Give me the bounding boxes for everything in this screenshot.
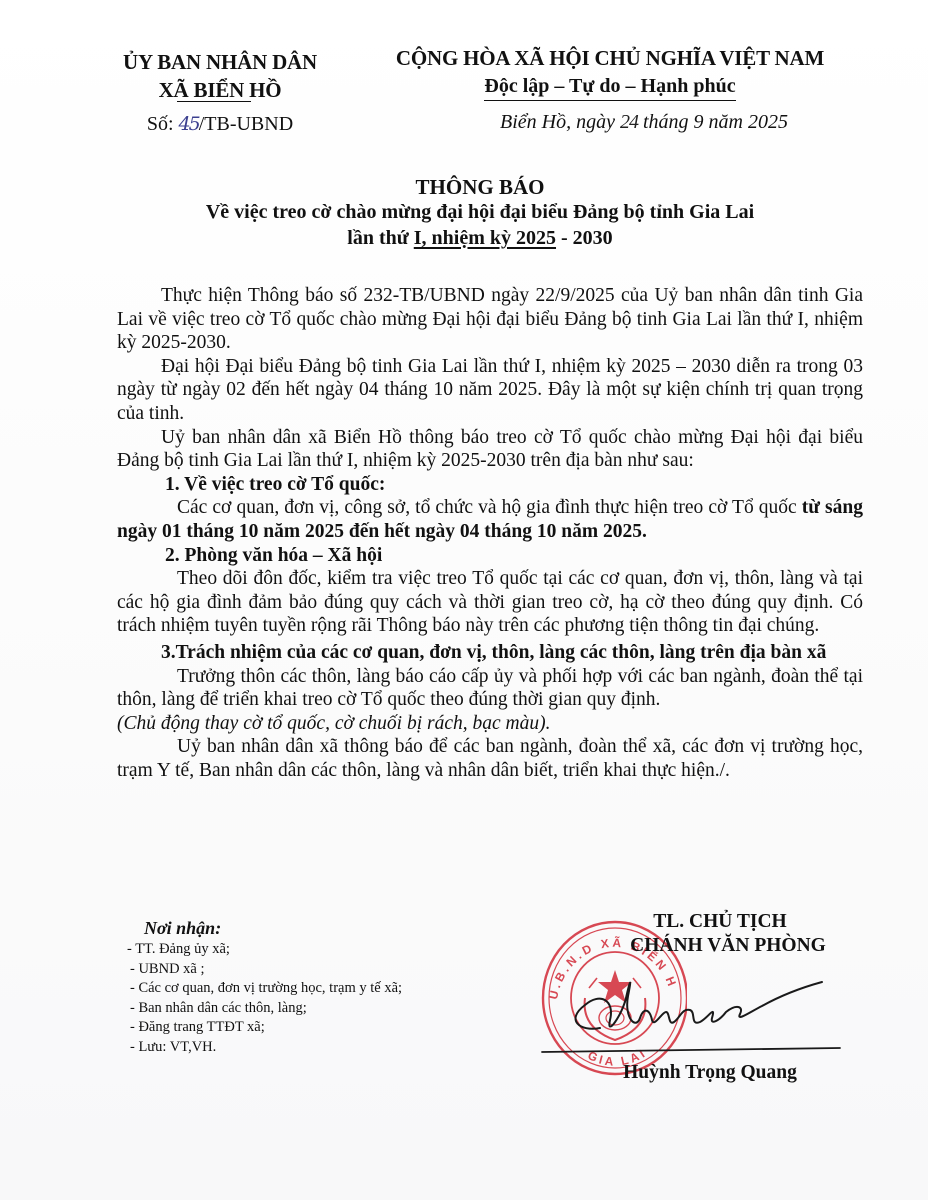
recipients-title: Nơi nhận:	[130, 917, 510, 939]
document-body: Thực hiện Thông báo số 232-TB/UBND ngày …	[117, 284, 863, 782]
recipient-item: - Các cơ quan, đơn vị trường học, trạm y…	[130, 979, 510, 999]
recipient-item: - TT. Đảng ủy xã;	[127, 940, 510, 960]
recipient-item: - Lưu: VT,VH.	[130, 1038, 510, 1058]
document-subject-line1: Về việc treo cờ chào mừng đại hội đại bi…	[100, 200, 860, 225]
section-3-text: Trưởng thôn các thôn, làng báo cáo cấp ủ…	[117, 665, 863, 712]
issuer-line1: ỦY BAN NHÂN DÂN	[100, 48, 340, 76]
nation-title: CỘNG HÒA XÃ HỘI CHỦ NGHĨA VIỆT NAM	[355, 44, 865, 72]
section-1-text: Các cơ quan, đơn vị, công sở, tổ chức và…	[117, 496, 863, 543]
national-motto: Độc lập – Tự do – Hạnh phúc	[484, 72, 735, 101]
document-subject-line2: lần thứ I, nhiệm kỳ 2025 - 2030	[100, 225, 860, 251]
document-title-block: THÔNG BÁO Về việc treo cờ chào mừng đại …	[100, 174, 860, 251]
closing-paragraph: Uỷ ban nhân dân xã thông báo để các ban …	[117, 735, 863, 782]
paragraph-announcement: Uỷ ban nhân dân xã Biển Hồ thông báo tre…	[117, 426, 863, 473]
paragraph-event: Đại hội Đại biểu Đảng bộ tinh Gia Lai lầ…	[117, 355, 863, 426]
recipient-item: - Đăng trang TTĐT xã;	[130, 1018, 510, 1038]
signer-name: Huỳnh Trọng Quang	[580, 1062, 840, 1084]
section-1-heading: 1. Về việc treo cờ Tổ quốc:	[117, 473, 863, 497]
document-type: THÔNG BÁO	[100, 174, 860, 200]
section-2-heading: 2. Phòng văn hóa – Xã hội	[117, 544, 863, 568]
section-3-heading: 3.Trách nhiệm của các cơ quan, đơn vị, t…	[117, 641, 863, 665]
recipients-block: Nơi nhận: - TT. Đảng ủy xã; - UBND xã ; …	[130, 917, 510, 1057]
issuer-block: ỦY BAN NHÂN DÂN XÃ BIỂN HỒ	[100, 48, 340, 104]
document-page: ỦY BAN NHÂN DÂN XÃ BIỂN HỒ Số: 45/TB-UBN…	[0, 0, 928, 1200]
recipient-item: - Ban nhân dân các thôn, làng;	[130, 999, 510, 1019]
section-3-note: (Chủ động thay cờ tổ quốc, cờ chuối bị r…	[117, 712, 863, 736]
section-2-text: Theo dõi đôn đốc, kiểm tra việc treo Tổ …	[117, 567, 863, 638]
handwritten-signature-icon	[540, 960, 860, 1060]
signer-authority: TL. CHỦ TỊCH	[560, 910, 860, 934]
recipients-list: - TT. Đảng ủy xã; - UBND xã ; - Các cơ q…	[130, 940, 510, 1057]
paragraph-reference: Thực hiện Thông báo số 232-TB/UBND ngày …	[117, 284, 863, 355]
recipient-item: - UBND xã ;	[130, 960, 510, 980]
signer-position: CHÁNH VĂN PHÒNG	[560, 934, 860, 958]
document-number: Số: 45/TB-UBND	[100, 113, 340, 136]
place-date: Biển Hồ, ngày 24 tháng 9 năm 2025	[500, 111, 788, 134]
issuer-line2: XÃ BIỂN HỒ	[159, 76, 282, 104]
nation-block: CỘNG HÒA XÃ HỘI CHỦ NGHĨA VIỆT NAM Độc l…	[355, 44, 865, 101]
date-day-handwritten: 24	[620, 111, 638, 133]
signature-block: TL. CHỦ TỊCH CHÁNH VĂN PHÒNG Huỳnh Trọng…	[560, 910, 860, 958]
issuer-underline	[177, 101, 252, 103]
doc-number-handwritten: 45	[179, 113, 199, 135]
